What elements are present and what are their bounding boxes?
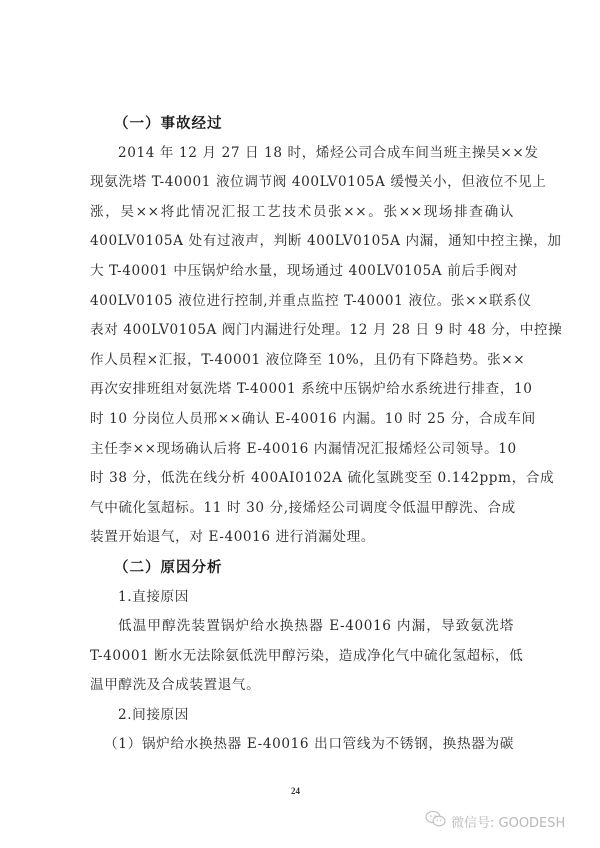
section-heading-cause-analysis: （二）原因分析 — [90, 553, 514, 583]
paragraph-line: 2014 年 12 月 27 日 18 时，烯烃公司合成车间当班主操吴××发 — [90, 139, 514, 169]
document-body: （一）事故经过 2014 年 12 月 27 日 18 时，烯烃公司合成车间当班… — [90, 109, 514, 760]
subheading-direct-cause: 1.直接原因 — [90, 583, 514, 613]
subheading-indirect-cause: 2.间接原因 — [90, 701, 514, 731]
paragraph-line: 装置开始退气，对 E-40016 进行消漏处理。 — [90, 523, 514, 553]
paragraph-line: 400LV0105A 处有过液声，判断 400LV0105A 内漏，通知中控主操… — [90, 227, 514, 257]
page-number: 24 — [291, 786, 300, 796]
watermark: 微信号: GOODESH — [425, 810, 565, 832]
watermark-text: 微信号: GOODESH — [451, 812, 565, 831]
paragraph-line: （1）锅炉给水换热器 E-40016 出口管线为不锈钢，换热器为碳 — [90, 730, 514, 760]
section-heading-accident-process: （一）事故经过 — [90, 109, 514, 139]
paragraph-line: 再次安排班组对氨洗塔 T-40001 系统中压锅炉给水系统进行排查，10 — [90, 375, 514, 405]
paragraph-line: 表对 400LV0105A 阀门内漏进行处理。12 月 28 日 9 时 48 … — [90, 316, 514, 346]
paragraph-direct-cause: 低温甲醇洗装置锅炉给水换热器 E-40016 内漏，导致氨洗塔 T-40001 … — [90, 612, 514, 701]
document-page: （一）事故经过 2014 年 12 月 27 日 18 时，烯烃公司合成车间当班… — [0, 0, 600, 848]
paragraph-line: 气中硫化氢超标。11 时 30 分,接烯烃公司调度令低温甲醇洗、合成 — [90, 494, 514, 524]
paragraph-line: 温甲醇洗及合成装置退气。 — [90, 671, 514, 701]
paragraph-line: 时 38 分，低洗在线分析 400AI0102A 硫化氢跳变至 0.142ppm… — [90, 464, 514, 494]
paragraph-line: 时 10 分岗位人员邢××确认 E-40016 内漏。10 时 25 分，合成车… — [90, 405, 514, 435]
wechat-icon — [425, 810, 451, 832]
paragraph-line: 主任李××现场确认后将 E-40016 内漏情况汇报烯烃公司领导。10 — [90, 435, 514, 465]
paragraph-line: 低温甲醇洗装置锅炉给水换热器 E-40016 内漏，导致氨洗塔 — [90, 612, 514, 642]
paragraph-indirect-cause: （1）锅炉给水换热器 E-40016 出口管线为不锈钢，换热器为碳 — [90, 730, 514, 760]
paragraph-line: 作人员程×汇报，T-40001 液位降至 10%，且仍有下降趋势。张×× — [90, 346, 514, 376]
paragraph-line: 现氨洗塔 T-40001 液位调节阀 400LV0105A 缓慢关小，但液位不见… — [90, 168, 514, 198]
paragraph-line: 400LV0105 液位进行控制,并重点监控 T-40001 液位。张××联系仪 — [90, 287, 514, 317]
paragraph-line: 涨，吴××将此情况汇报工艺技术员张××。张××现场排查确认 — [90, 198, 514, 228]
paragraph-line: T-40001 断水无法除氨低洗甲醇污染，造成净化气中硫化氢超标，低 — [90, 642, 514, 672]
paragraph-accident-process: 2014 年 12 月 27 日 18 时，烯烃公司合成车间当班主操吴××发 现… — [90, 139, 514, 553]
paragraph-line: 大 T-40001 中压锅炉给水量，现场通过 400LV0105A 前后手阀对 — [90, 257, 514, 287]
